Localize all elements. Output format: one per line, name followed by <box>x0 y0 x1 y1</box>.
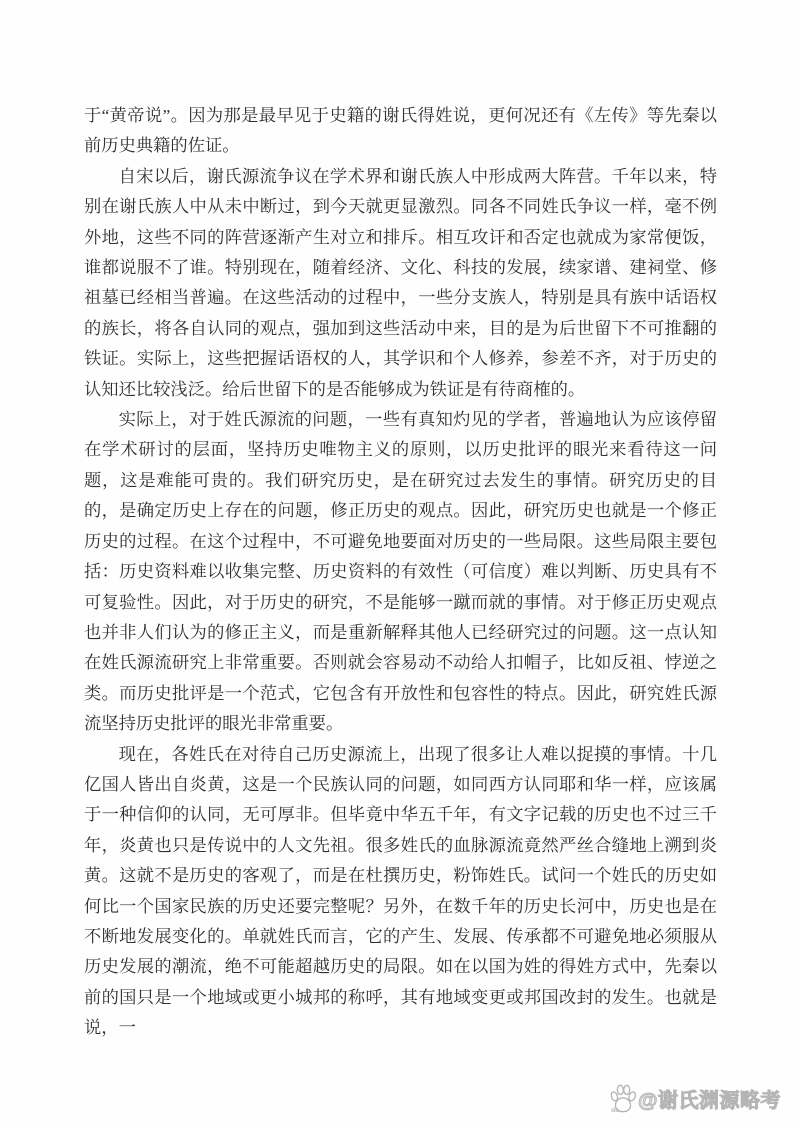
paw-icon-du-label: du <box>611 1107 619 1113</box>
paragraph-historical-criticism: 实际上，对于姓氏源流的问题，一些有真知灼见的学者，普遍地认为应该停留在学术研讨的… <box>84 405 717 739</box>
baidu-paw-icon: du <box>610 1084 636 1113</box>
paragraph-continuation: 于“黄帝说”。因为那是最早见于史籍的谢氏得姓说，更何况还有《左传》等先秦以前历史… <box>84 101 717 162</box>
paragraph-surname-origins-today: 现在，各姓氏在对待自己历史源流上，出现了很多让人难以捉摸的事情。十几亿国人皆出自… <box>84 740 717 1044</box>
body-text: 于“黄帝说”。因为那是最早见于史籍的谢氏得姓说，更何况还有《左传》等先秦以前历史… <box>84 101 717 1044</box>
watermark-text: @谢氏渊源略考 <box>638 1084 781 1113</box>
document-page: 于“黄帝说”。因为那是最早见于史籍的谢氏得姓说，更何况还有《左传》等先秦以前历史… <box>0 0 800 1125</box>
watermark: du @谢氏渊源略考 <box>610 1084 781 1113</box>
paragraph-song-dynasty-dispute: 自宋以后，谢氏源流争议在学术界和谢氏族人中形成两大阵营。千年以来，特别在谢氏族人… <box>84 162 717 405</box>
